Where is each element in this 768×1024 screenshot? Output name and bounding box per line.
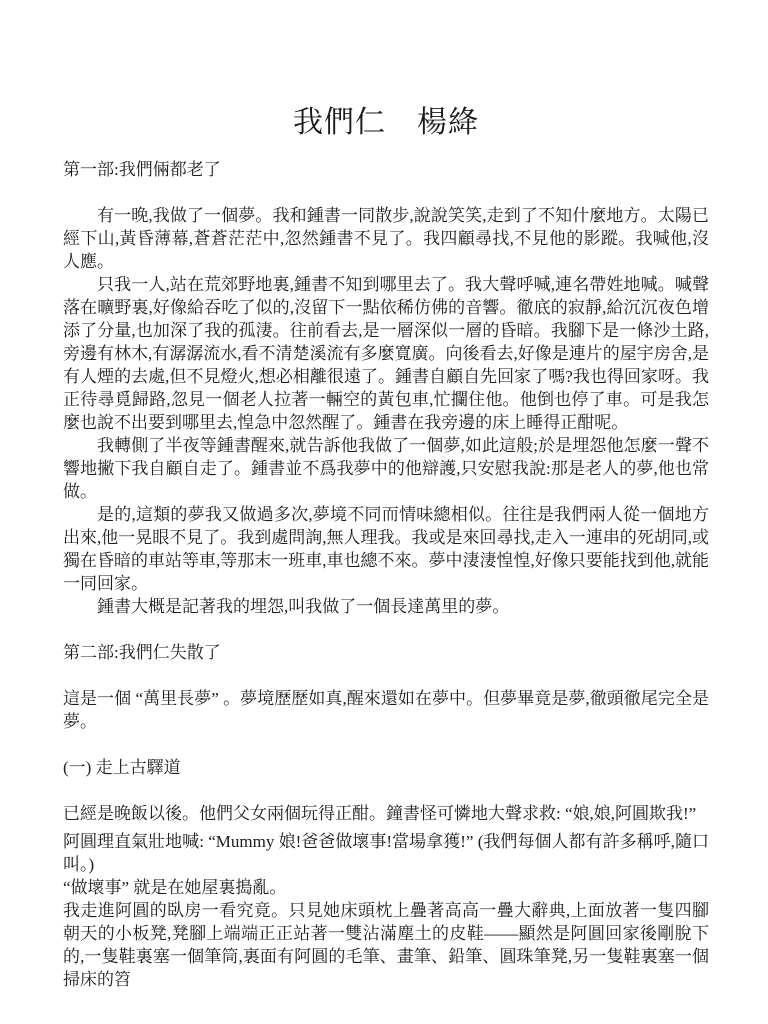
paragraph: 有一晚,我做了一個夢。我和鍾書一同散步,說說笑笑,走到了不知什麼地方。太陽已經下… xyxy=(63,204,709,273)
document-title: 我們仁 楊絳 xyxy=(63,104,709,142)
paragraph: 是的,這類的夢我又做過多次,夢境不同而情味總相似。往往是我們兩人從一個地方出來,… xyxy=(63,503,709,595)
document-page: 我們仁 楊絳 第一部:我們倆都老了有一晚,我做了一個夢。我和鍾書一同散步,說說笑… xyxy=(0,0,768,1024)
paragraph: 我轉側了半夜等鍾書醒來,就告訴他我做了一個夢,如此這般;於是埋怨他怎麼一聲不響地… xyxy=(63,434,709,503)
paragraph: 我走進阿圓的臥房一看究竟。只見她床頭枕上疊著高高一疊大辭典,上面放著一隻四腳朝天… xyxy=(63,899,709,991)
section-heading: 第一部:我們倆都老了 xyxy=(63,158,709,181)
section-heading: (一) 走上古驛道 xyxy=(63,756,709,779)
paragraph: “做壞事” 就是在她屋裏搗亂。 xyxy=(63,876,709,899)
paragraph: 這是一個 “萬里長夢” 。夢境歷歷如真,醒來還如在夢中。但夢畢竟是夢,徹頭徹尾完… xyxy=(63,687,709,733)
paragraph: 阿圓理直氣壯地喊: “Mummy 娘!爸爸做壞事!當場拿獲!” (我們每個人都有… xyxy=(63,830,709,876)
section-heading: 第二部:我們仁失散了 xyxy=(63,641,709,664)
document-body: 第一部:我們倆都老了有一晚,我做了一個夢。我和鍾書一同散步,說說笑笑,走到了不知… xyxy=(63,158,709,991)
document-content: 我們仁 楊絳 第一部:我們倆都老了有一晚,我做了一個夢。我和鍾書一同散步,說說笑… xyxy=(63,104,709,991)
paragraph: 鍾書大概是記著我的埋怨,叫我做了一個長達萬里的夢。 xyxy=(63,595,709,618)
paragraph: 已經是晚飯以後。他們父女兩個玩得正酣。鐘書怪可憐地大聲求救: “娘,娘,阿圓欺我… xyxy=(63,802,709,825)
paragraph: 只我一人,站在荒郊野地裏,鍾書不知到哪里去了。我大聲呼喊,連名帶姓地喊。喊聲落在… xyxy=(63,273,709,434)
